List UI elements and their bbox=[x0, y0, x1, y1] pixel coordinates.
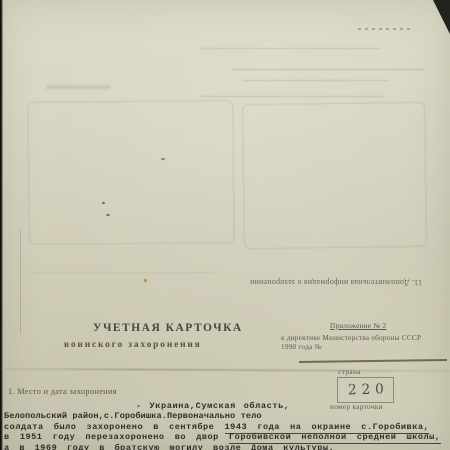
upside-down-section-11-label: 11. Дополнительная информация о захороне… bbox=[226, 276, 446, 288]
scanned-burial-record-card: 11. Дополнительная информация о захороне… bbox=[0, 0, 450, 450]
burial-place-line-3: солдата было захоронено в сентябре 1943 … bbox=[4, 422, 429, 432]
section-1-burial-place-label: 1. Место и дата захоронения bbox=[8, 387, 117, 396]
line-4-underlined-text: Горобивской неполной средней школы, bbox=[229, 432, 441, 444]
annex-separator-line bbox=[299, 359, 447, 363]
burial-place-line-2: Белопольский район,с.Горобишка.Первонача… bbox=[4, 411, 262, 421]
scan-corner-shadow-top-right bbox=[430, 0, 450, 36]
card-number-box: 220 bbox=[337, 377, 394, 403]
card-title: УЧЕТНАЯ КАРТОЧКА bbox=[93, 322, 243, 334]
paper-crease-horizontal bbox=[0, 368, 450, 372]
scan-edge-shadow-left bbox=[0, 0, 4, 450]
showthrough-box-right bbox=[242, 102, 427, 250]
showthrough-line bbox=[232, 69, 424, 70]
annex-number-label: Приложение № 2 bbox=[330, 321, 386, 330]
burial-place-line-1: - Украина,Сумская область, bbox=[136, 401, 290, 411]
showthrough-line bbox=[200, 96, 385, 97]
burial-place-line-5-clipped: а в 1969 году в братскую могилу возле До… bbox=[4, 443, 334, 450]
showthrough-line bbox=[200, 48, 380, 49]
line-3-text: солдата было захоронено в сентябре bbox=[4, 422, 225, 432]
ink-speck bbox=[161, 158, 165, 160]
burial-place-line-4: в 1951 году перезахоронено во двор Гороб… bbox=[4, 432, 441, 442]
showthrough-line bbox=[33, 272, 220, 273]
showthrough-dotted-line bbox=[358, 28, 412, 30]
ink-speck bbox=[106, 214, 110, 216]
showthrough-box-left bbox=[27, 100, 234, 245]
country-label: страна bbox=[338, 367, 361, 376]
card-number-label: номер карточки bbox=[330, 402, 383, 411]
card-number-value: 220 bbox=[342, 382, 388, 399]
showthrough-line bbox=[242, 80, 388, 81]
card-subtitle: воинского захоронения bbox=[64, 340, 202, 350]
annex-year-label: 1990 года № bbox=[281, 342, 322, 351]
paper-smudge bbox=[46, 85, 110, 89]
paper-fold-vertical bbox=[20, 230, 21, 334]
line-4-text: в 1951 году перезахоронено во двор bbox=[4, 432, 229, 442]
annex-directive-label: к директиве Министерства обороны СССР bbox=[281, 333, 421, 342]
rust-speck bbox=[144, 279, 147, 282]
